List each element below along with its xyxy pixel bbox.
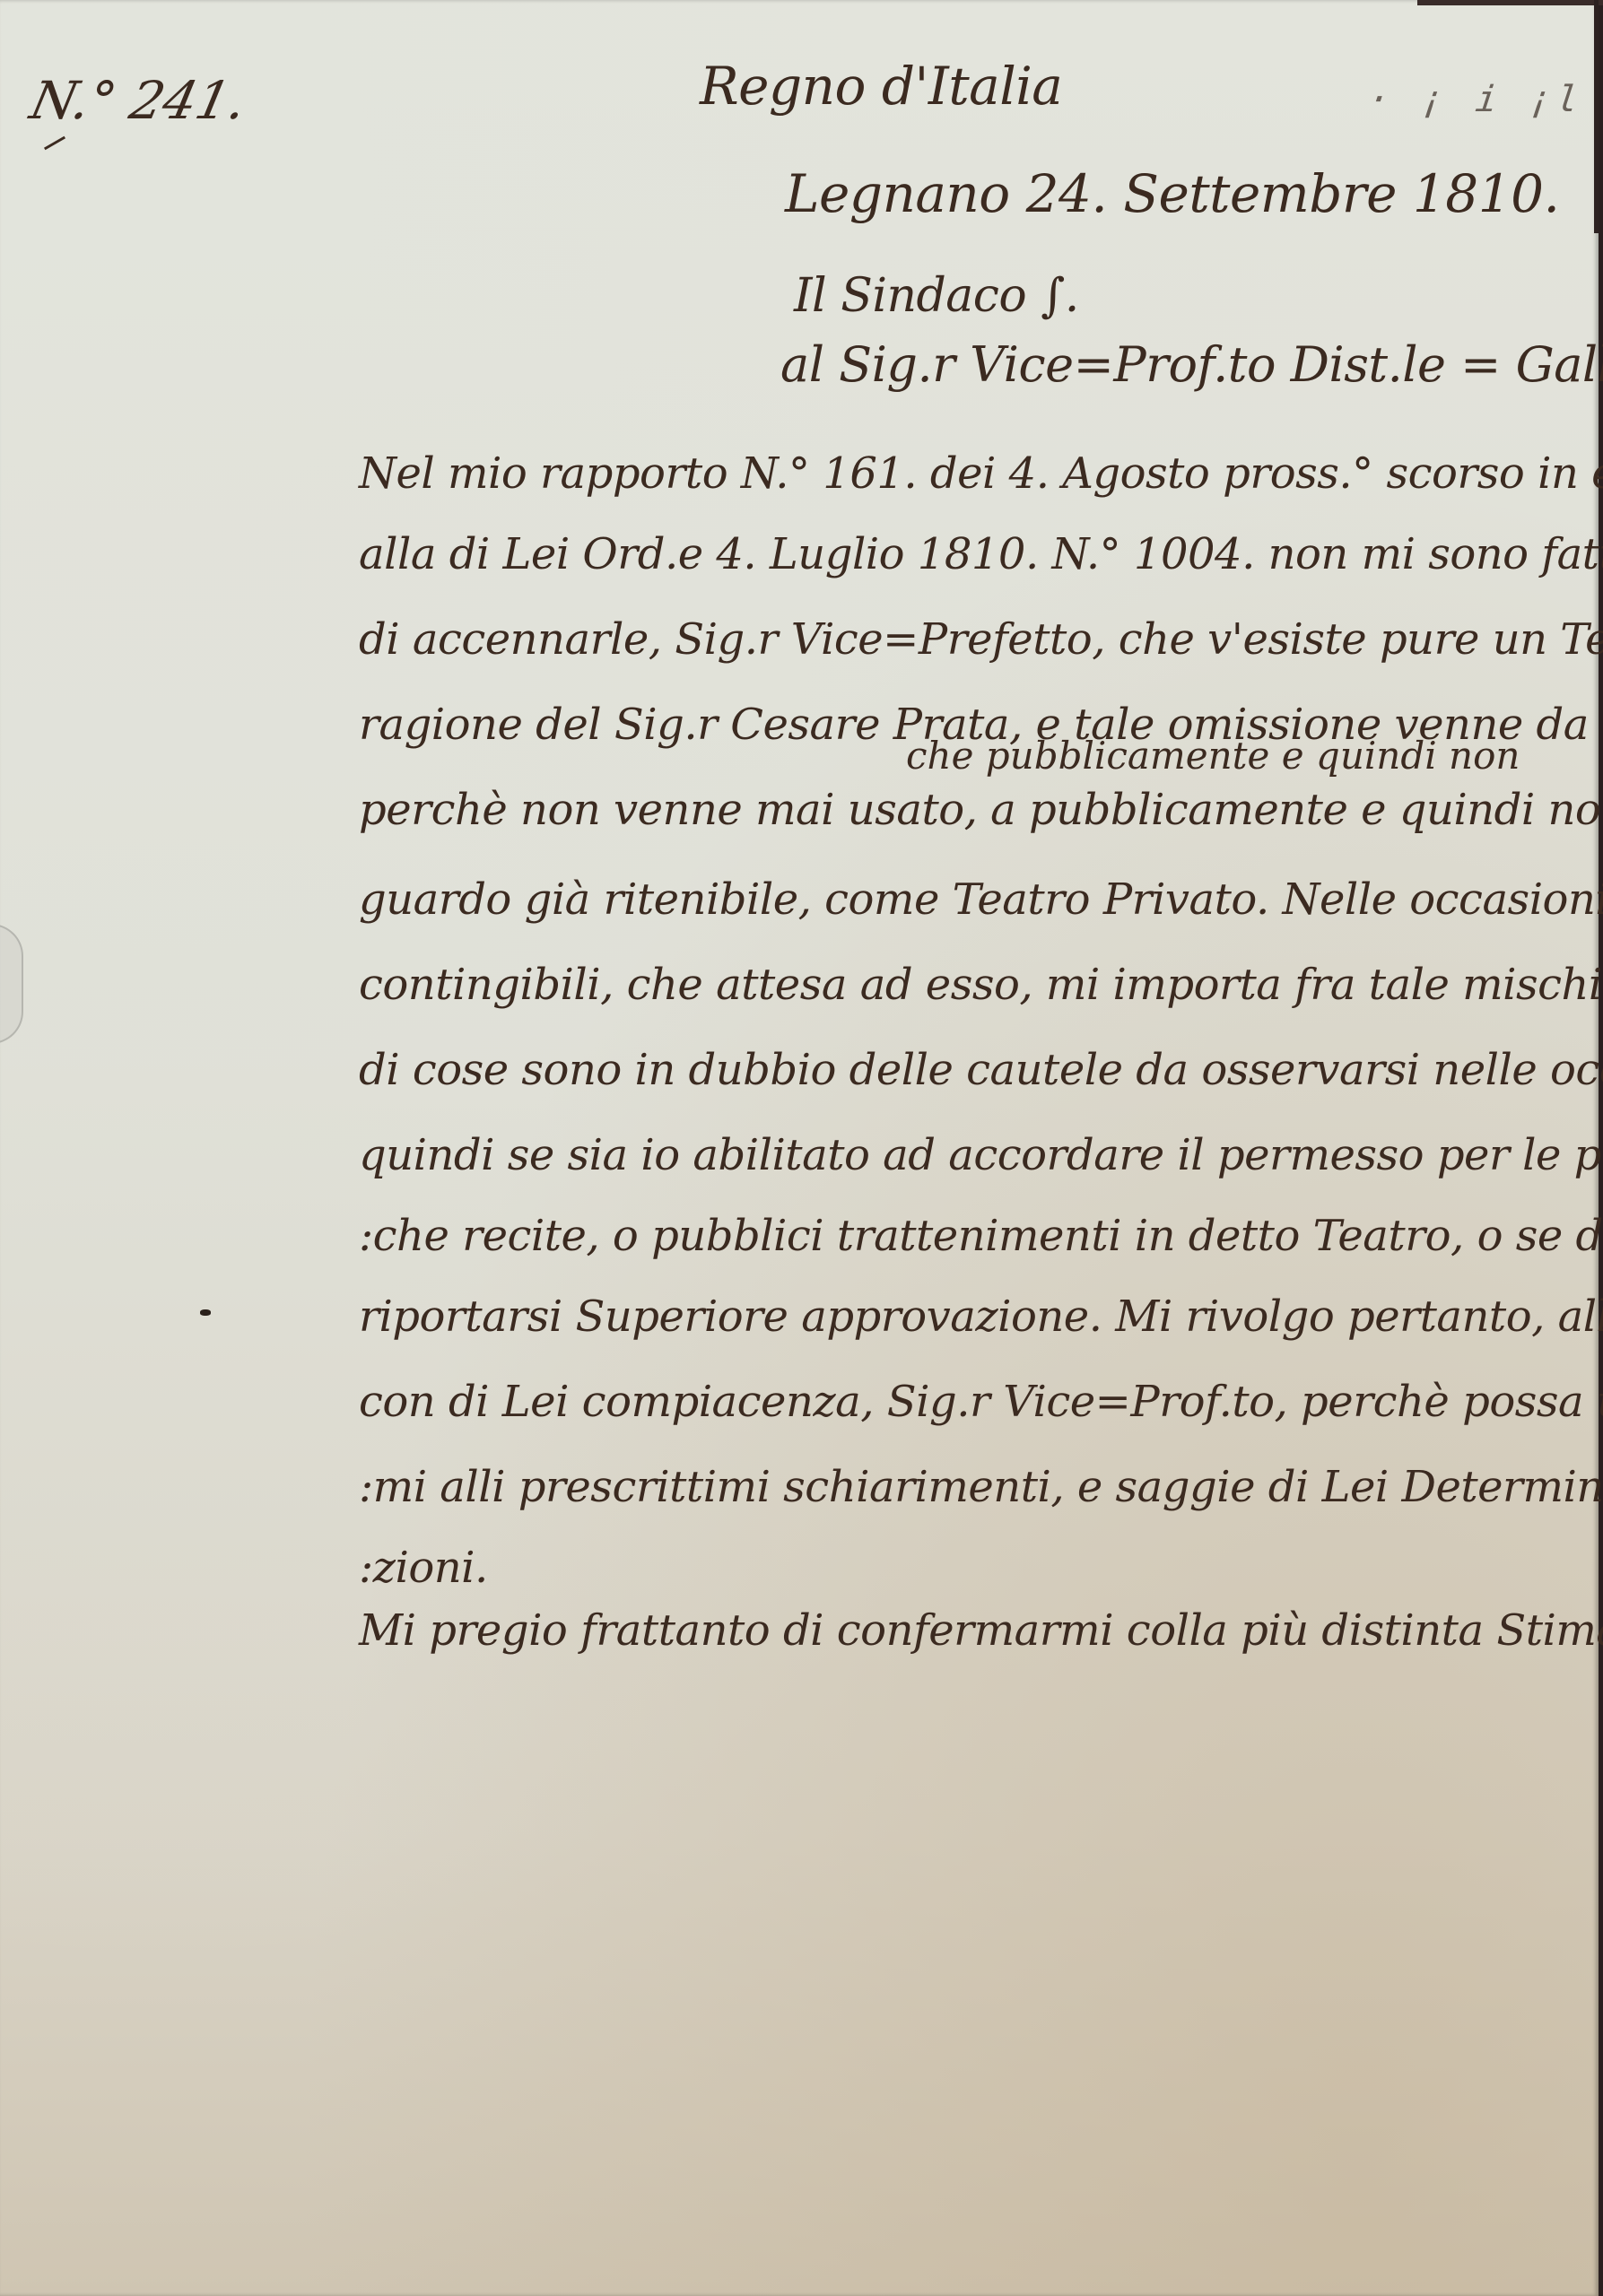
body-line-11: riportarsi Superiore approvazione. Mi ri… <box>359 1291 1603 1342</box>
body-line-6: guardo già ritenibile, come Teatro Priva… <box>359 874 1603 925</box>
body-line-1: Nel mio rapporto N.° 161. dei 4. Agosto … <box>359 448 1603 499</box>
body-line-5: perchè non venne mai usato, a pubblicame… <box>359 785 1603 835</box>
letterhead-kingdom: Regno d'Italia <box>700 56 1062 117</box>
page-edge-shadow <box>1594 0 1599 233</box>
body-line-10: :che recite, o pubblici trattenimenti in… <box>359 1211 1603 1261</box>
recipient: al Sig.r Vice=Prof.to Dist.le = Gallarat… <box>780 336 1603 393</box>
protocol-number: N.° 241. <box>25 70 252 131</box>
closing-line: Mi pregio frattanto di confermarmi colla… <box>359 1605 1603 1656</box>
pencil-mark: · ¡ i ¡l <box>1362 79 1591 120</box>
body-line-9: quindi se sia io abilitato ad accordare … <box>359 1130 1603 1180</box>
ink-blot <box>200 1309 211 1316</box>
manuscript-page: N.° 241. · ¡ i ¡l Regno d'Italia Legnano… <box>0 0 1599 2296</box>
place-and-date: Legnano 24. Settembre 1810. <box>785 163 1559 224</box>
body-line-7: contingibili, che attesa ad esso, mi imp… <box>359 960 1603 1010</box>
page-edge-shadow <box>1417 0 1603 5</box>
sender: Il Sindaco ∫. <box>794 269 1079 323</box>
body-line-12: con di Lei compiacenza, Sig.r Vice=Prof.… <box>359 1377 1603 1427</box>
body-line-14: :zioni. <box>359 1543 488 1593</box>
protocol-underline <box>44 136 65 151</box>
body-line-2: alla di Lei Ord.e 4. Luglio 1810. N.° 10… <box>359 529 1603 579</box>
body-line-13: :mi alli prescrittimi schiarimenti, e sa… <box>359 1462 1603 1512</box>
interlinear-insertion: che pubblicamente e quindi non <box>906 734 1520 778</box>
paper-stain <box>0 924 23 1044</box>
body-line-3: di accennarle, Sig.r Vice=Prefetto, che … <box>359 614 1603 665</box>
body-line-8: di cose sono in dubbio delle cautele da … <box>359 1045 1603 1095</box>
